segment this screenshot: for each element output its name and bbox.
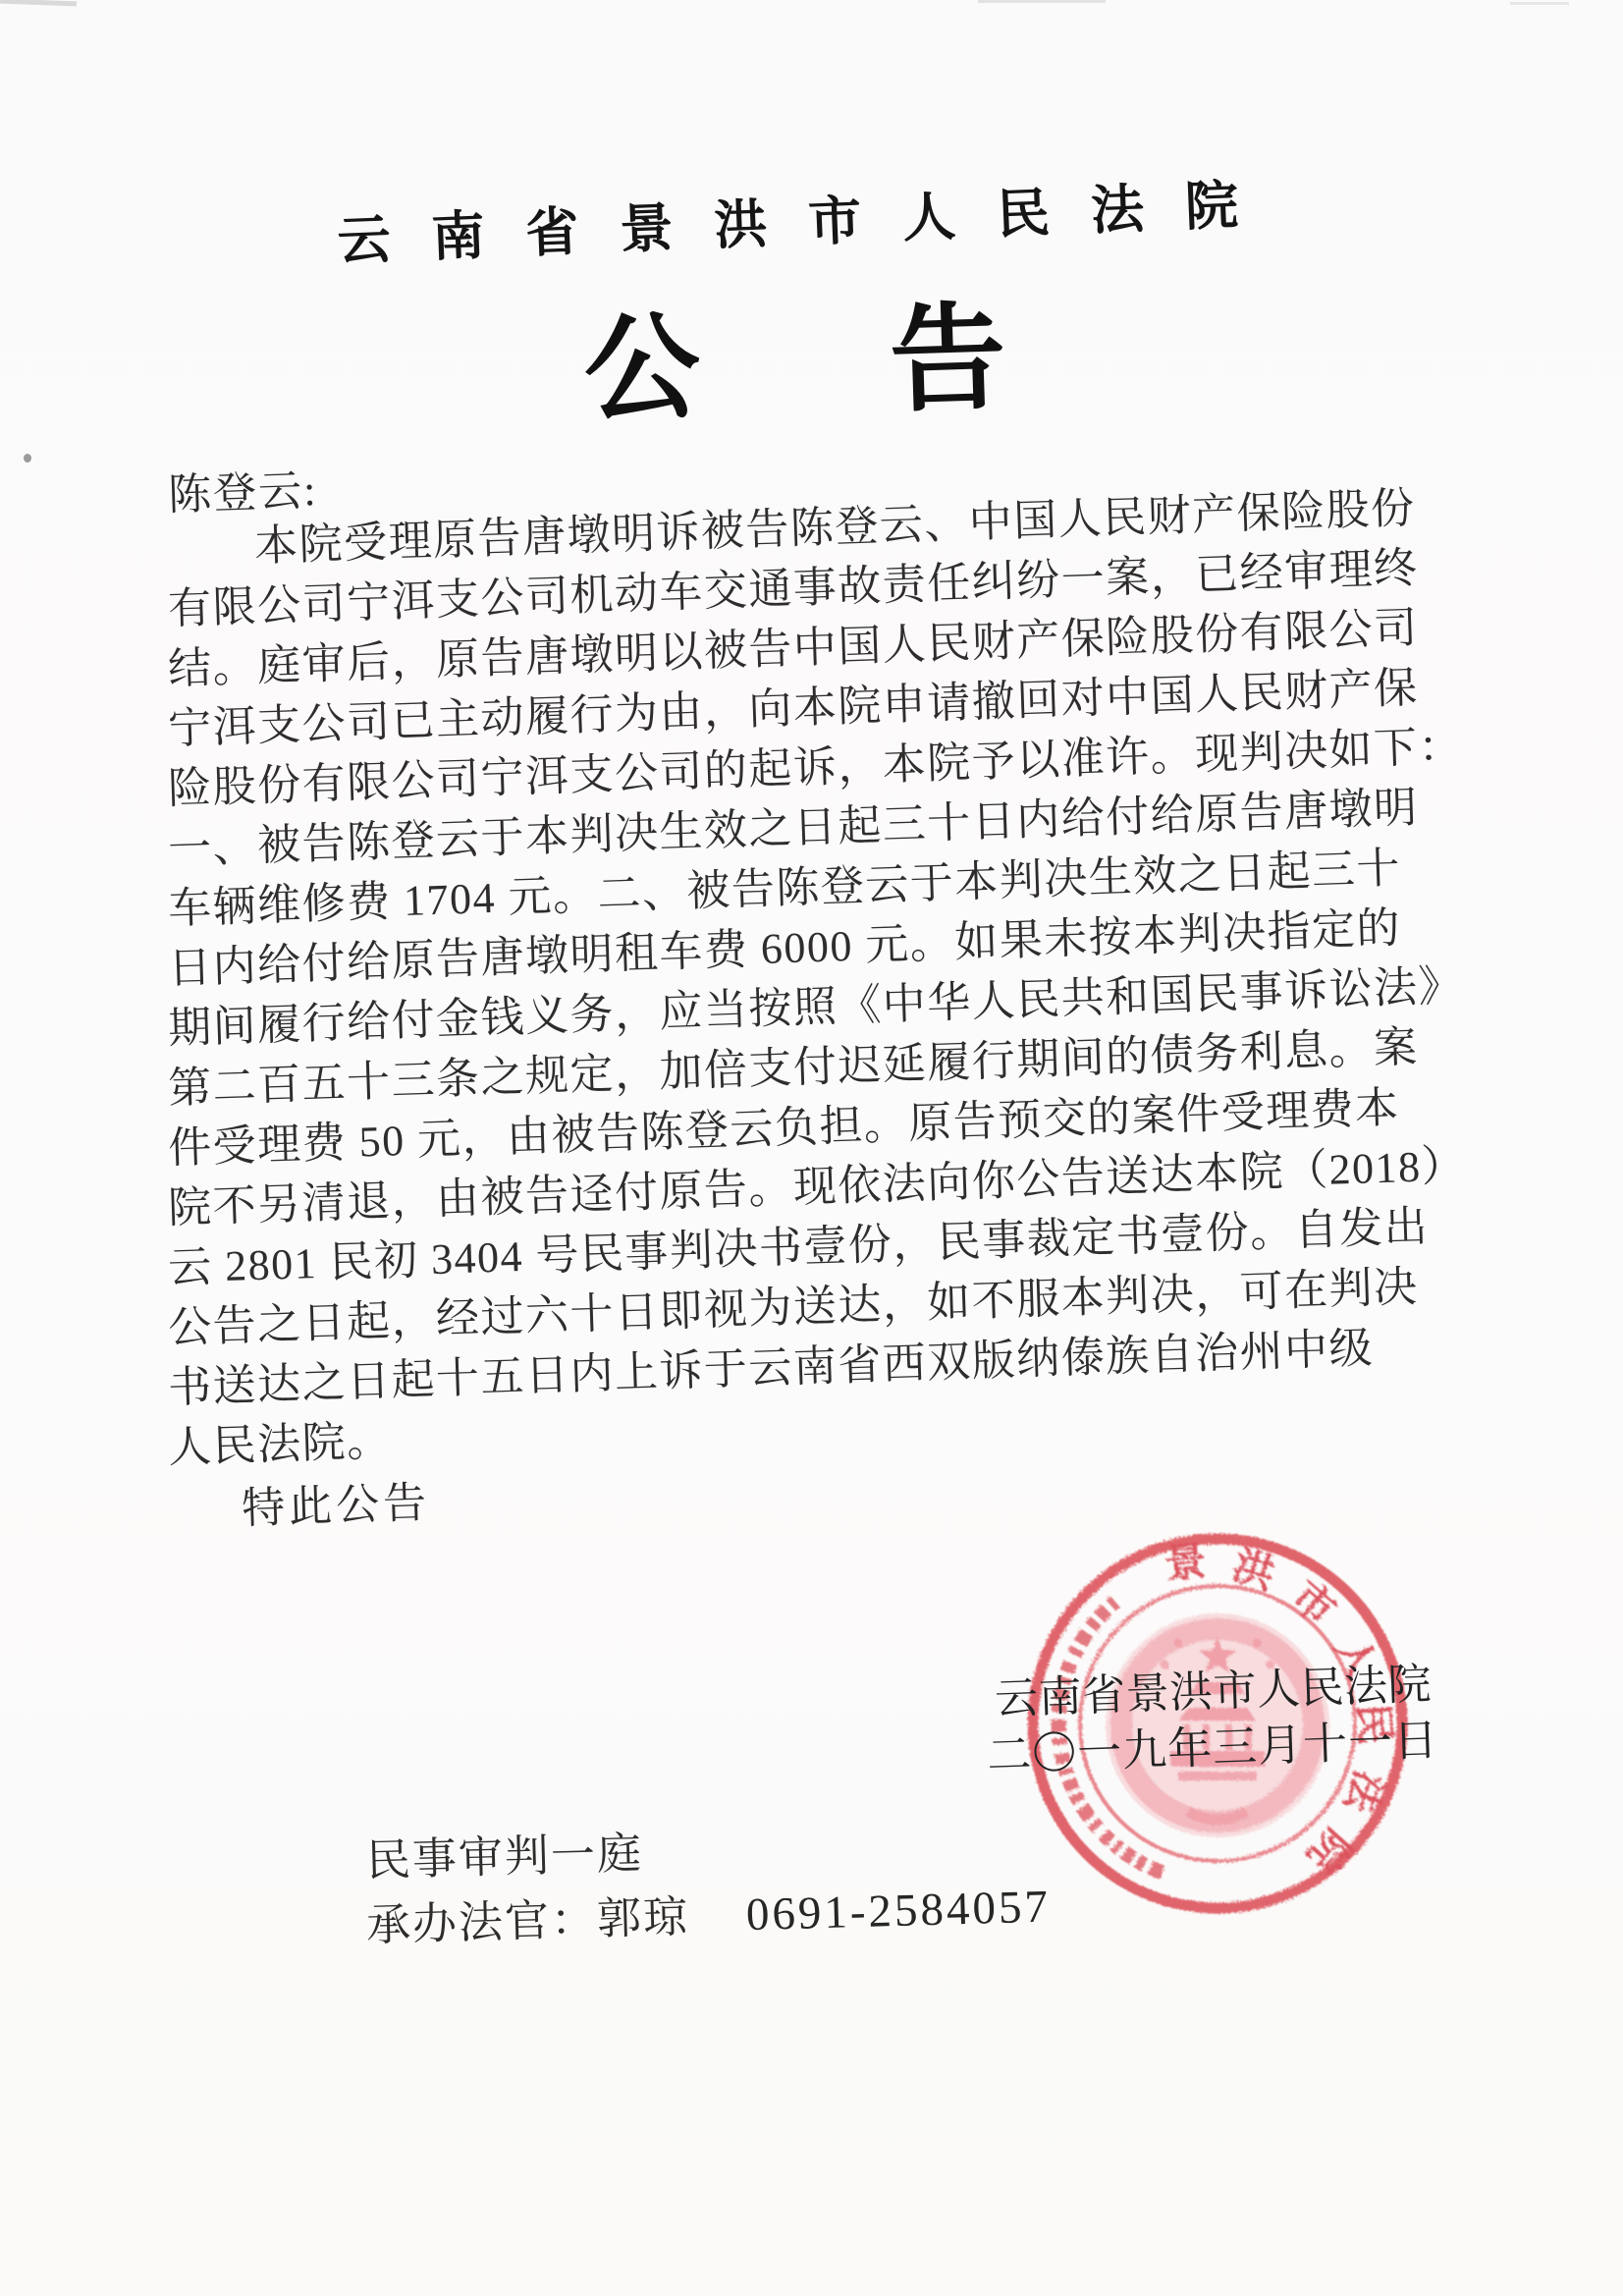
court-title: 云南省景洪市人民法院 [336,161,1280,274]
judge-label: 承办法官： [365,1894,597,1950]
margin-speck [24,454,31,463]
division-name: 民事审判一庭 [365,1817,644,1888]
judge-name: 郭琼 [596,1892,689,1944]
phone-number: 0691-2584057 [745,1882,1051,1941]
document-title: 公 告 [581,263,1010,443]
document-page: 云南省景洪市人民法院 公 告 陈登云: 本院受理原告唐墩明诉被告陈登云、中国人民… [0,0,1623,2296]
closing-statement: 特此公告 [241,1467,431,1536]
scan-artifact [978,0,1106,3]
body-line: 人民法院。 [167,1404,392,1475]
scan-artifact [0,0,77,6]
scan-artifact [1510,2,1569,5]
